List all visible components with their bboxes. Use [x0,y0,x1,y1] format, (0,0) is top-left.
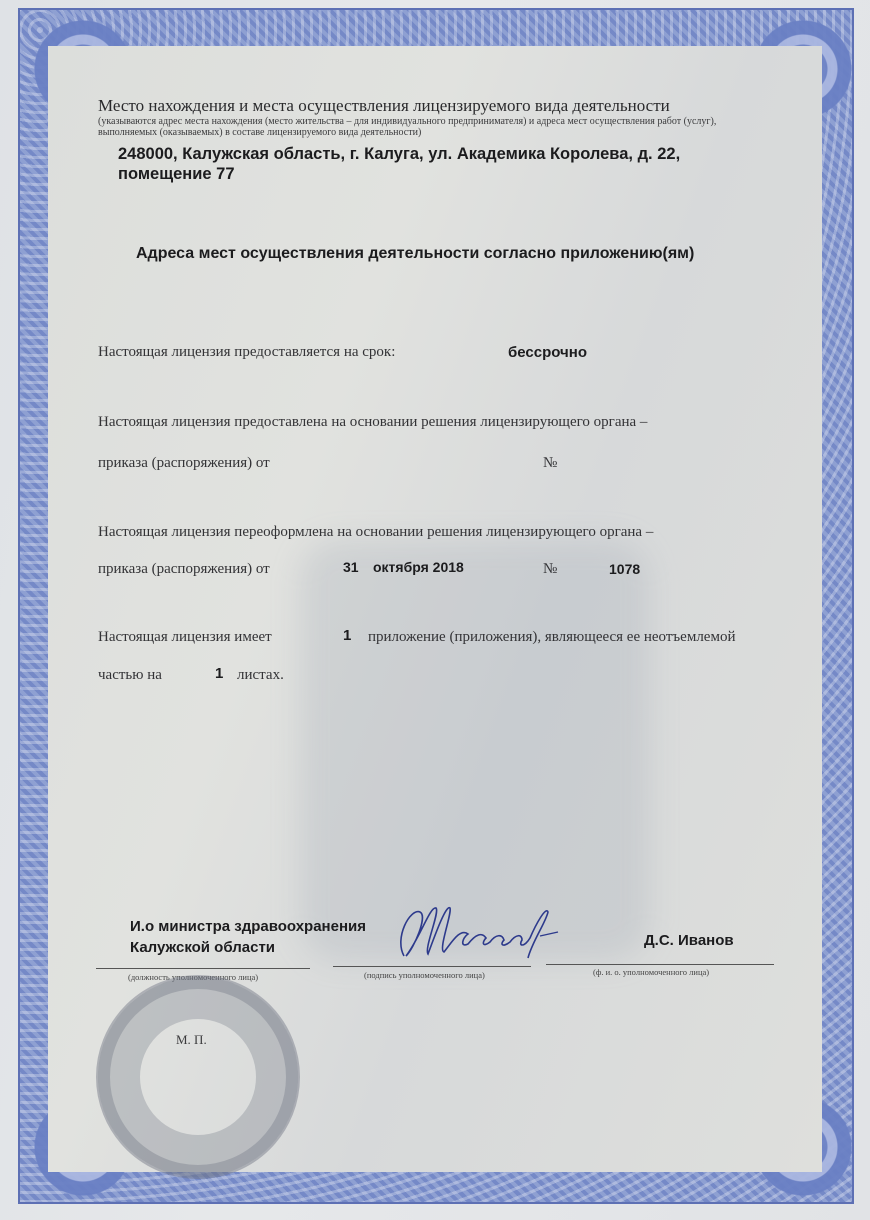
granted-number-sign: № [543,455,557,472]
heading-note: (указываются адрес места нахождения (мес… [98,116,716,127]
section-heading: Место нахождения и места осуществления л… [98,96,670,116]
granted-order-label: приказа (распоряжения) от [98,455,270,472]
signatory-name: Д.С. Иванов [644,932,734,949]
photo-reflection [300,540,650,960]
granted-line: Настоящая лицензия предоставлена на осно… [98,414,647,431]
reissued-date-month-year: октября 2018 [373,559,464,575]
appendix-sheets-end: листах. [237,667,284,684]
address: 248000, Калужская область, г. Калуга, ул… [118,145,680,164]
reissued-number-sign: № [543,561,557,578]
license-page: Место нахождения и места осуществления л… [0,0,870,1220]
reissued-number: 1078 [609,561,640,577]
addresses-note: Адреса мест осуществления деятельности с… [136,245,694,263]
term-label: Настоящая лицензия предоставляется на ср… [98,344,395,361]
name-line [546,964,774,965]
caption-name: (ф. и. о. уполномоченного лица) [593,967,709,977]
heading-note: выполняемых (оказываемых) в составе лице… [98,127,421,138]
term-value: бессрочно [508,344,587,361]
appendix-count: 1 [343,627,351,644]
signature-icon [390,898,570,968]
seal-label: М. П. [176,1032,207,1048]
appendix-sheets-label: частью на [98,667,162,684]
signatory-position: Калужской области [130,939,275,956]
caption-signature: (подпись уполномоченного лица) [364,970,485,980]
signature-line [333,966,531,967]
reissued-order-label: приказа (распоряжения) от [98,561,270,578]
official-seal-icon [96,975,300,1179]
reissued-line: Настоящая лицензия переоформлена на осно… [98,524,653,541]
address: помещение 77 [118,165,235,184]
position-line [96,968,310,969]
signatory-position: И.о министра здравоохранения [130,918,366,935]
reissued-date-day: 31 [343,559,359,575]
appendix-label: Настоящая лицензия имеет [98,629,272,646]
appendix-label-mid: приложение (приложения), являющееся ее н… [368,629,736,646]
appendix-sheets: 1 [215,665,223,682]
